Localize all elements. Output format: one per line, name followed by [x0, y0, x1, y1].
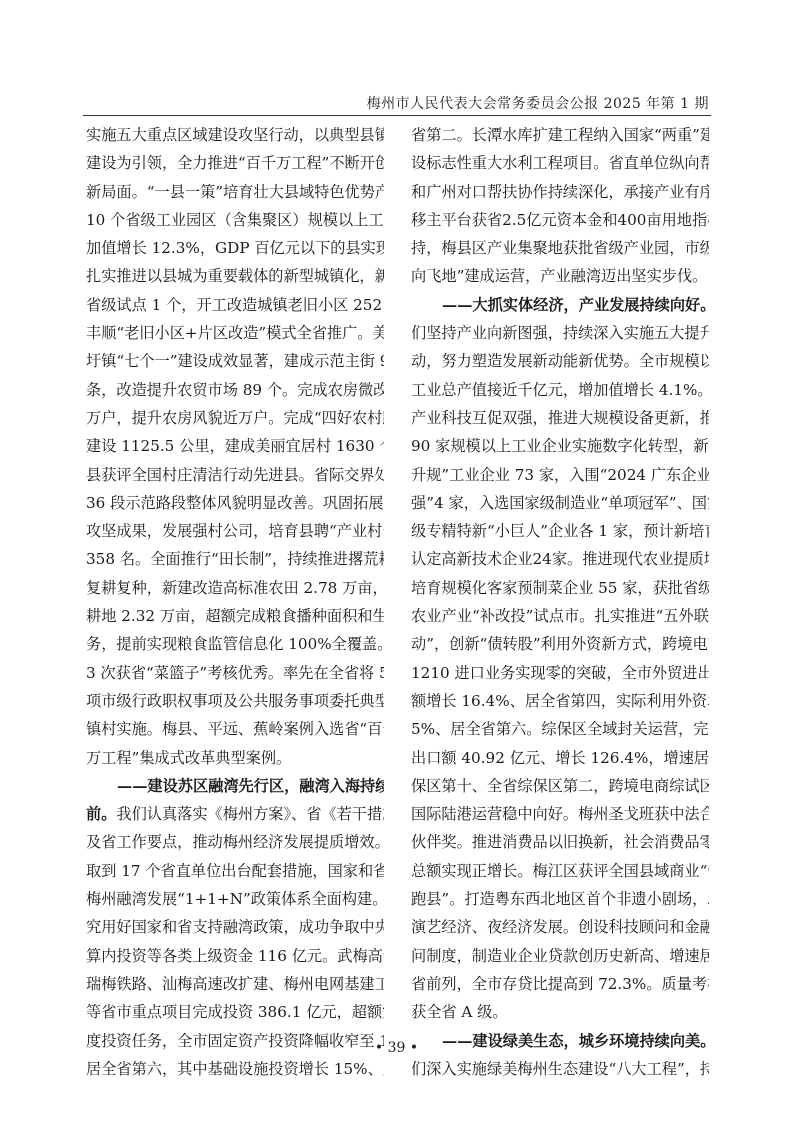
text-line: 1210 进口业务实现零的突破，全市外贸进出口总 — [411, 659, 709, 687]
body-text: 条，改造提升农贸市场 89 个。完成农房微改造 2.3 — [86, 381, 384, 399]
text-line: 究用好国家和省支持融湾政策，成功争取中央预 — [86, 913, 384, 941]
text-line: 务，提前实现粮食监管信息化 100%全覆盖。连续 — [86, 630, 384, 658]
text-line: 建设 1125.5 公里，建成美丽宜居村 1630 个。大埔 — [86, 432, 384, 460]
text-line: 耕地 2.32 万亩，超额完成粮食播种面积和生产任 — [86, 602, 384, 630]
text-line: 总额实现正增长。梅江区获评全国县域商业“领 — [411, 857, 709, 885]
text-line: 国际陆港运营稳中向好。梅州圣戈班获中法合作 — [411, 800, 709, 828]
body-text: 我们认真落实《梅州方案》、省《若干措施》 — [116, 805, 384, 823]
body-text: 持，梅县区产业集聚地获批省级产业园，市级“反 — [411, 239, 709, 257]
text-line: 扎实推进以县城为重要载体的新型城镇化，新增 — [86, 262, 384, 290]
text-line: 保区第十、全省综保区第二，跨境电商综试区、 — [411, 772, 709, 800]
text-line: 新局面。“一县一策”培育壮大县域特色优势产业， — [86, 178, 384, 206]
text-line: 动，努力塑造发展新动能新优势。全市规模以上 — [411, 347, 709, 375]
body-text: 额增长 16.4%、居全省第四，实际利用外资增长 — [411, 692, 709, 710]
body-text: 3 次获省“菜篮子”考核优秀。率先在全省将 50 — [86, 664, 384, 682]
body-text: 10 个省级工业园区（含集聚区）规模以上工业增 — [86, 211, 384, 229]
text-line: 认定高新技术企业24家。推进现代农业提质增效， — [411, 545, 709, 573]
text-line: 实施五大重点区域建设攻坚行动，以典型县镇村 — [86, 121, 384, 149]
text-line: ——建设苏区融湾先行区，融湾入海持续向 — [86, 772, 384, 800]
text-line: 级专精特新“小巨人”企业各 1 家，预计新培育 — [411, 517, 709, 545]
text-line: 万工程”集成式改革典型案例。 — [86, 744, 384, 772]
body-text: 跑县”。打造粤东西北地区首个非遗小剧场，助力 — [411, 890, 709, 908]
body-text: 们坚持产业向新图强，持续深入实施五大提升行 — [411, 324, 709, 342]
left-column: 实施五大重点区域建设攻坚行动，以典型县镇村建设为引领，全力推进“百千万工程”不断… — [86, 121, 384, 1083]
body-text: 建设 1125.5 公里，建成美丽宜居村 1630 个。大埔 — [86, 437, 384, 455]
text-line: 移主平台获省2.5亿元资本金和400亩用地指标支 — [411, 206, 709, 234]
body-text: 们深入实施绿美梅州生态建设“八大工程”，持续 — [411, 1060, 709, 1078]
body-text: 实施五大重点区域建设攻坚行动，以典型县镇村 — [86, 126, 384, 144]
body-text: 务，提前实现粮食监管信息化 100%全覆盖。连续 — [86, 635, 384, 653]
page-number: • 39 • — [0, 1040, 793, 1056]
text-line: 等省市重点项目完成投资 386.1 亿元，超额完成年 — [86, 998, 384, 1026]
text-line: 额增长 16.4%、居全省第四，实际利用外资增长 — [411, 687, 709, 715]
body-text: 演艺经济、夜经济发展。创设科技顾问和金融顾 — [411, 918, 709, 936]
body-text: 究用好国家和省支持融湾政策，成功争取中央预 — [86, 918, 384, 936]
body-text: 算内投资等各类上级资金 116 亿元。武梅高铁、 — [86, 947, 384, 965]
text-line: 5%、居全省第六。综保区全域封关运营，完成进 — [411, 715, 709, 743]
body-text: 国际陆港运营稳中向好。梅州圣戈班获中法合作 — [411, 805, 709, 823]
body-text: 设标志性重大水利工程项目。省直单位纵向帮扶 — [411, 154, 709, 172]
body-text: 培育规模化客家预制菜企业 55 家，获批省级现代 — [411, 579, 709, 597]
text-line: 丰顺“老旧小区+片区改造”模式全省推广。美丽 — [86, 319, 384, 347]
text-line: 算内投资等各类上级资金 116 亿元。武梅高铁、 — [86, 942, 384, 970]
text-line: 设标志性重大水利工程项目。省直单位纵向帮扶 — [411, 149, 709, 177]
text-line: 加值增长 12.3%，GDP 百亿元以下的县实现清零。 — [86, 234, 384, 262]
text-line: 培育规模化客家预制菜企业 55 家，获批省级现代 — [411, 574, 709, 602]
body-text: 圩镇“七个一”建设成效显著，建成示范主街 99 — [86, 352, 384, 370]
text-line: ——大抓实体经济，产业发展持续向好。我 — [411, 291, 709, 319]
section-heading: ——大抓实体经济，产业发展持续向好。 — [442, 296, 709, 314]
body-text: 向飞地”建成运营，产业融湾迈出坚实步伐。 — [411, 267, 707, 285]
body-text: 强”4 家，入选国家级制造业“单项冠军”、国家 — [411, 494, 709, 512]
text-line: 万户，提升农房风貌近万户。完成“四好农村路” — [86, 404, 384, 432]
body-text: 移主平台获省2.5亿元资本金和400亩用地指标支 — [411, 211, 709, 229]
body-text: 省第二。长潭水库扩建工程纳入国家“两重”建 — [411, 126, 709, 144]
text-line: 工业总产值接近千亿元，增加值增长 4.1%。坚持 — [411, 376, 709, 404]
text-line: 358 名。全面推行“田长制”，持续推进撂荒耕地 — [86, 545, 384, 573]
text-line: 农业产业“补改投”试点市。扎实推进“五外联 — [411, 602, 709, 630]
text-line: 跑县”。打造粤东西北地区首个非遗小剧场，助力 — [411, 885, 709, 913]
text-line: 镇村实施。梅县、平远、蕉岭案例入选省“百千 — [86, 715, 384, 743]
text-line: 条，改造提升农贸市场 89 个。完成农房微改造 2.3 — [86, 376, 384, 404]
body-text: 居全省第六，其中基础设施投资增长 15%、居全 — [86, 1060, 384, 1078]
body-text: 耕地 2.32 万亩，超额完成粮食播种面积和生产任 — [86, 607, 384, 625]
text-line: 动”，创新“债转股”利用外资新方式，跨境电商 — [411, 630, 709, 658]
body-text: 90 家规模以上工业企业实施数字化转型，新增“小 — [411, 437, 709, 455]
body-text: 万工程”集成式改革典型案例。 — [86, 749, 291, 767]
text-line: 省前列，全市存贷比提高到 72.3%。质量考核首 — [411, 970, 709, 998]
body-text: 项市级行政职权事项及公共服务事项委托典型县 — [86, 692, 384, 710]
text-line: 县获评全国村庄清洁行动先进县。省际交界处、 — [86, 461, 384, 489]
section-heading: ——建设苏区融湾先行区，融湾入海持续向 — [117, 777, 384, 795]
text-line: 们坚持产业向新图强，持续深入实施五大提升行 — [411, 319, 709, 347]
body-text: 取到 17 个省直单位出台配套措施，国家和省支持 — [86, 862, 384, 880]
body-text: 和广州对口帮扶协作持续深化，承接产业有序转 — [411, 183, 709, 201]
body-text: 镇村实施。梅县、平远、蕉岭案例入选省“百千 — [86, 720, 384, 738]
body-text: 农业产业“补改投”试点市。扎实推进“五外联 — [411, 607, 709, 625]
body-text: 动，努力塑造发展新动能新优势。全市规模以上 — [411, 352, 709, 370]
text-line: 36 段示范路段整体风貌明显改善。巩固拓展脱贫 — [86, 489, 384, 517]
body-text: 358 名。全面推行“田长制”，持续推进撂荒耕地 — [86, 550, 384, 568]
body-text: 攻坚成果，发展强村公司，培育县聘“产业村长” — [86, 522, 384, 540]
body-text: 5%、居全省第六。综保区全域封关运营，完成进 — [411, 720, 709, 738]
body-text: 省前列，全市存贷比提高到 72.3%。质量考核首 — [411, 975, 709, 993]
text-line: 伙伴奖。推进消费品以旧换新，社会消费品零售 — [411, 828, 709, 856]
text-line: 们深入实施绿美梅州生态建设“八大工程”，持续 — [411, 1055, 709, 1083]
text-line: 升规”工业企业 73 家，入围“2024 广东企业 500 — [411, 461, 709, 489]
body-text: 级专精特新“小巨人”企业各 1 家，预计新培育 — [411, 522, 709, 540]
right-column: 省第二。长潭水库扩建工程纳入国家“两重”建设标志性重大水利工程项目。省直单位纵向… — [411, 121, 709, 1083]
body-text: 总额实现正增长。梅江区获评全国县域商业“领 — [411, 862, 709, 880]
text-line: 瑞梅铁路、汕梅高速改扩建、梅州电网基建工程 — [86, 970, 384, 998]
text-line: 10 个省级工业园区（含集聚区）规模以上工业增 — [86, 206, 384, 234]
body-text: 县获评全国村庄清洁行动先进县。省际交界处、 — [86, 466, 384, 484]
text-line: 持，梅县区产业集聚地获批省级产业园，市级“反 — [411, 234, 709, 262]
body-text: 动”，创新“债转股”利用外资新方式，跨境电商 — [411, 635, 709, 653]
body-text: 加值增长 12.3%，GDP 百亿元以下的县实现清零。 — [86, 239, 384, 257]
text-line: 及省工作要点，推动梅州经济发展提质增效。争 — [86, 828, 384, 856]
body-text: 等省市重点项目完成投资 386.1 亿元，超额完成年 — [86, 1003, 384, 1021]
text-line: 3 次获省“菜篮子”考核优秀。率先在全省将 50 — [86, 659, 384, 687]
body-text: 保区第十、全省综保区第二，跨境电商综试区、 — [411, 777, 709, 795]
text-line: 圩镇“七个一”建设成效显著，建成示范主街 99 — [86, 347, 384, 375]
text-line: 省第二。长潭水库扩建工程纳入国家“两重”建 — [411, 121, 709, 149]
body-text: 丰顺“老旧小区+片区改造”模式全省推广。美丽 — [86, 324, 384, 342]
text-line: 项市级行政职权事项及公共服务事项委托典型县 — [86, 687, 384, 715]
text-line: 建设为引领，全力推进“百千万工程”不断开创 — [86, 149, 384, 177]
body-text: 梅州融湾发展“1+1+N”政策体系全面构建。研 — [86, 890, 384, 908]
body-text: 及省工作要点，推动梅州经济发展提质增效。争 — [86, 833, 384, 851]
text-line: 90 家规模以上工业企业实施数字化转型，新增“小 — [411, 432, 709, 460]
body-text: 问制度，制造业企业贷款创历史新高、增速居全 — [411, 947, 709, 965]
body-text: 产业科技互促双强，推进大规模设备更新，推动 — [411, 409, 709, 427]
text-line: 演艺经济、夜经济发展。创设科技顾问和金融顾 — [411, 913, 709, 941]
section-heading: 前。 — [86, 805, 116, 823]
text-line: 省级试点 1 个，开工改造城镇老旧小区 252 个。 — [86, 291, 384, 319]
text-line: 前。我们认真落实《梅州方案》、省《若干措施》 — [86, 800, 384, 828]
body-text: 1210 进口业务实现零的突破，全市外贸进出口总 — [411, 664, 709, 682]
journal-header: 梅州市人民代表大会常务委员会公报 2025 年第 1 期 — [83, 93, 711, 116]
body-text: 出口额 40.92 亿元、增长 126.4%，增速居全国综 — [411, 749, 709, 767]
body-text: 建设为引领，全力推进“百千万工程”不断开创 — [86, 154, 384, 172]
body-text: 升规”工业企业 73 家，入围“2024 广东企业 500 — [411, 466, 709, 484]
text-line: 出口额 40.92 亿元、增长 126.4%，增速居全国综 — [411, 744, 709, 772]
body-text: 工业总产值接近千亿元，增加值增长 4.1%。坚持 — [411, 381, 709, 399]
text-line: 取到 17 个省直单位出台配套措施，国家和省支持 — [86, 857, 384, 885]
body-text: 新局面。“一县一策”培育壮大县域特色优势产业， — [86, 183, 384, 201]
text-line: 攻坚成果，发展强村公司，培育县聘“产业村长” — [86, 517, 384, 545]
text-line: 问制度，制造业企业贷款创历史新高、增速居全 — [411, 942, 709, 970]
text-line: 强”4 家，入选国家级制造业“单项冠军”、国家 — [411, 489, 709, 517]
body-text: 伙伴奖。推进消费品以旧换新，社会消费品零售 — [411, 833, 709, 851]
body-text: 获全省 A 级。 — [411, 1003, 508, 1021]
text-line: 梅州融湾发展“1+1+N”政策体系全面构建。研 — [86, 885, 384, 913]
body-text: 认定高新技术企业24家。推进现代农业提质增效， — [411, 550, 709, 568]
body-text: 36 段示范路段整体风貌明显改善。巩固拓展脱贫 — [86, 494, 384, 512]
text-line: 获全省 A 级。 — [411, 998, 709, 1026]
body-text: 省级试点 1 个，开工改造城镇老旧小区 252 个。 — [86, 296, 384, 314]
journal-title: 梅州市人民代表大会常务委员会公报 2025 年第 1 期 — [367, 93, 709, 113]
body-text: 万户，提升农房风貌近万户。完成“四好农村路” — [86, 409, 384, 427]
text-line: 产业科技互促双强，推进大规模设备更新，推动 — [411, 404, 709, 432]
text-line: 向飞地”建成运营，产业融湾迈出坚实步伐。 — [411, 262, 709, 290]
text-line: 居全省第六，其中基础设施投资增长 15%、居全 — [86, 1055, 384, 1083]
body-text: 扎实推进以县城为重要载体的新型城镇化，新增 — [86, 267, 384, 285]
text-line: 复耕复种，新建改造高标准农田 2.78 万亩，新增 — [86, 574, 384, 602]
body-text: 复耕复种，新建改造高标准农田 2.78 万亩，新增 — [86, 579, 384, 597]
text-line: 和广州对口帮扶协作持续深化，承接产业有序转 — [411, 178, 709, 206]
body-text: 瑞梅铁路、汕梅高速改扩建、梅州电网基建工程 — [86, 975, 384, 993]
